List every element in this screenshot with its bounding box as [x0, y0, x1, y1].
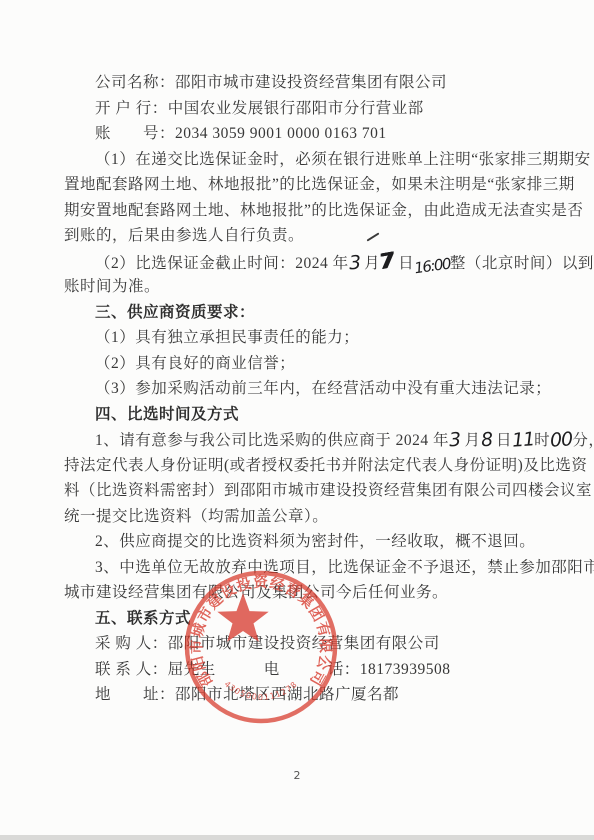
text-line: 置地配套路网土地、林地报批”的比选保证金，如果未注明是“张家排三期 [64, 172, 550, 198]
scanned-document-page: 公司名称：邵阳市城市建设投资经营集团有限公司开 户 行：中国农业发展银行邵阳市分… [0, 0, 594, 840]
official-seal: 邵阳市城市建设投资经营集团有限公司 4305000111278 [181, 567, 341, 727]
text-line: 开 户 行：中国农业发展银行邵阳市分行营业部 [64, 96, 550, 122]
printed-text: 账 号：2034 3059 9001 0000 0163 701 [95, 125, 387, 142]
handwritten-pen-text: 00 [549, 427, 573, 454]
printed-text: （1）在递交比选保证金时，必须在银行进账单上注明“张家排三期期安 [95, 151, 591, 168]
printed-text: 三、供应商资质要求： [95, 304, 255, 321]
text-line: （1）在递交比选保证金时，必须在银行进账单上注明“张家排三期期安 [64, 147, 550, 173]
text-line: 到账的，后果由参选人自行负责。 [64, 223, 550, 249]
handwritten-marker-text: 7 [378, 248, 396, 275]
printed-text: 分， [572, 432, 594, 449]
printed-text: 1、请有意参与我公司比选采购的供应商于 2024 年 [95, 432, 449, 449]
text-line: 四、比选时间及方式 [64, 402, 550, 428]
seal-ring-text: 邵阳市城市建设投资经营集团有限公司 [187, 573, 335, 689]
text-line: （3）参加采购活动前三年内，在经营活动中没有重大违法记录； [64, 376, 550, 402]
page-number: 2 [0, 769, 594, 782]
printed-text: 时 [534, 432, 550, 449]
printed-text: （3）参加采购活动前三年内，在经营活动中没有重大违法记录； [95, 380, 551, 397]
printed-text: 2、供应商提交的比选资料须为密封件，一经收取，概不退回。 [95, 533, 535, 550]
printed-text: 公司名称：邵阳市城市建设投资经营集团有限公司 [95, 74, 447, 91]
text-line: 统一提交比选资料（均需加盖公章）。 [64, 504, 550, 530]
text-line: （1）具有独立承担民事责任的能力； [64, 325, 550, 351]
printed-text: （2）具有良好的商业信誉； [95, 355, 295, 372]
printed-text: 五、联系方式 [95, 610, 191, 627]
printed-text: 整（北京时间）以到 [450, 255, 594, 272]
text-line: 账 号：2034 3059 9001 0000 0163 701 [64, 121, 550, 147]
text-line: 持法定代表人身份证明(或者授权委托书并附法定代表人身份证明)及比选资 [64, 453, 550, 479]
text-line: 1、请有意参与我公司比选采购的供应商于 2024 年3 月8 日11时00分， [64, 427, 550, 453]
printed-text: 日 [492, 432, 512, 449]
handwritten-pen-text: 3 [348, 250, 361, 276]
text-line: 期安置地配套路网土地、林地报批”的比选保证金，由此造成无法查实是否 [64, 198, 550, 224]
handwritten-pen-text: 8 [480, 428, 493, 454]
printed-text: 月 [460, 432, 480, 449]
printed-text: 持法定代表人身份证明(或者授权委托书并附法定代表人身份证明)及比选资 [64, 457, 587, 474]
handwritten-pen-text: 16:00 [413, 251, 452, 281]
printed-text: 期安置地配套路网土地、林地报批”的比选保证金，由此造成无法查实是否 [64, 202, 583, 219]
text-line: （2）比选保证金截止时间：2024 年3 月7 日16:00整（北京时间）以到 [64, 249, 550, 275]
text-line: 账时间为准。 [64, 274, 550, 300]
printed-text: 四、比选时间及方式 [95, 406, 239, 423]
printed-text: 日 [394, 255, 414, 272]
printed-text: 置地配套路网土地、林地报批”的比选保证金，如果未注明是“张家排三期 [64, 176, 575, 193]
text-line: 三、供应商资质要求： [64, 300, 550, 326]
printed-text: 3、中选单位无故放弃中选项目，比选保证金不予退还，禁止参加邵阳市 [95, 559, 594, 576]
text-line: 公司名称：邵阳市城市建设投资经营集团有限公司 [64, 70, 550, 96]
handwritten-pen-text: 11 [511, 427, 535, 454]
printed-text: 账时间为准。 [64, 278, 160, 295]
printed-text: （2）比选保证金截止时间：2024 年 [95, 255, 349, 272]
seal-code: 4305000111278 [223, 679, 300, 701]
printed-text: 开 户 行：中国农业发展银行邵阳市分行营业部 [95, 100, 424, 117]
scan-edge-shadow [0, 835, 594, 840]
text-line: （2）具有良好的商业信誉； [64, 351, 550, 377]
printed-text: 月 [360, 255, 380, 272]
printed-text: 统一提交比选资料（均需加盖公章）。 [64, 508, 328, 525]
svg-text:邵阳市城市建设投资经营集团有限公司: 邵阳市城市建设投资经营集团有限公司 [187, 573, 335, 689]
printed-text: （1）具有独立承担民事责任的能力； [95, 329, 359, 346]
text-line: 料（比选资料需密封）到邵阳市城市建设投资经营集团有限公司四楼会议室 [64, 478, 550, 504]
svg-text:4305000111278: 4305000111278 [223, 679, 300, 701]
printed-text: 到账的，后果由参选人自行负责。 [64, 227, 304, 244]
text-line: 2、供应商提交的比选资料须为密封件，一经收取，概不退回。 [64, 529, 550, 555]
printed-text: 料（比选资料需密封）到邵阳市城市建设投资经营集团有限公司四楼会议室 [64, 482, 592, 499]
handwritten-pen-text: 3 [448, 428, 461, 454]
